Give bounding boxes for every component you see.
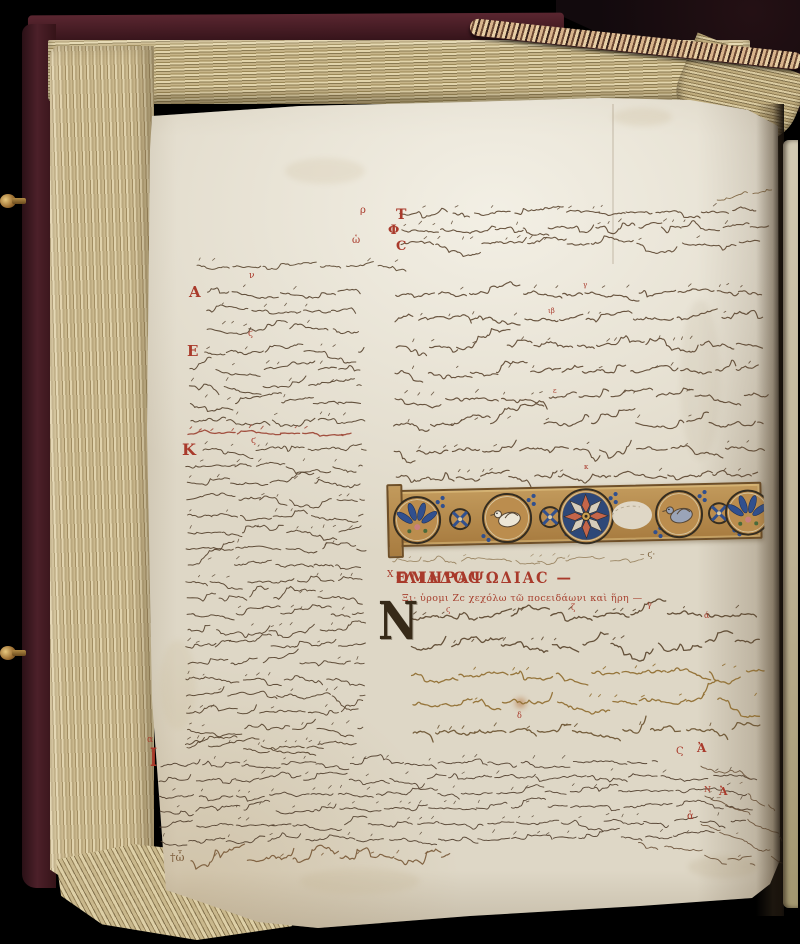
rubric-mark: – ϛ·: [640, 551, 655, 560]
script-block-main-text-opening: [400, 203, 769, 256]
script-block-main-text-paragraph: [394, 282, 769, 487]
script-block-faded-heading-line: [393, 553, 644, 564]
rubric-mark: Φ: [388, 224, 399, 237]
opening-initial: Ν: [378, 596, 418, 649]
rubric-mark: Ε: [187, 344, 198, 359]
book-hypothesis-line: Ξι· ὑρομι Ζϲ χεχόλω τῶ ποϲειδάωνι καὶ ἥρ…: [402, 593, 732, 604]
rubric-mark: ϛ: [248, 330, 253, 339]
script-block-scholium-epsilon: [189, 344, 364, 426]
rubric-mark: ϛ: [251, 437, 256, 446]
rubric-mark: γ: [583, 282, 587, 289]
script-block-lower-scholia-block: [159, 754, 757, 846]
rubric-mark: Ι: [150, 746, 157, 772]
script-block-margin-tail-4: [638, 835, 757, 870]
rubric-mark: ἁ: [687, 812, 694, 822]
rubric-mark: ὡ: [352, 236, 360, 246]
rubric-mark: ϛ: [446, 606, 450, 614]
rubric-mark: Χ: [387, 571, 393, 580]
rubric-mark: Κ: [182, 442, 196, 458]
title-part-rhapsody: ΟΜΗΡΑΨΩΔΙΑϹ —: [396, 569, 573, 587]
rubric-mark: Ν: [704, 786, 711, 794]
rubric-mark: γ: [647, 601, 652, 609]
page-gutter-shadow: [756, 104, 784, 916]
rubric-mark: δ: [517, 712, 522, 720]
rubric-mark: Ϲ: [396, 240, 406, 253]
script-block-red-divider: [188, 425, 351, 437]
script-block-scholia-fragment-line: [197, 258, 406, 271]
handwritten-text-layer: [0, 0, 800, 944]
rubric-mark: κ: [584, 464, 588, 471]
rubric-mark: Τ: [396, 208, 406, 222]
rubric-mark: Ἀ: [697, 742, 706, 754]
script-block-scholium-alpha: [207, 285, 360, 335]
rubric-mark: ιβ: [548, 308, 555, 315]
headpiece-medallions: [389, 484, 764, 549]
script-block-cursive-note: [191, 844, 450, 869]
facing-page-edge: [783, 140, 798, 908]
rubric-mark: Ϛ: [676, 747, 684, 757]
rubric-mark: †ὦ: [170, 852, 184, 863]
rubric-mark: ν: [249, 272, 254, 281]
manuscript-photo: ΙΛΙΑΔΟϹ Ξ ΟΜΗΡΑΨΩΔΙΑϹ — Ξι· ὑρομι Ζϲ χεχ…: [0, 0, 800, 944]
rubric-mark: Ἀ: [719, 786, 728, 797]
script-block-iliad-verses: [411, 599, 764, 742]
headpiece-ornament: [387, 482, 762, 547]
script-block-scholium-kappa: [186, 442, 367, 756]
rubric-mark: ρ: [360, 206, 366, 216]
rubric-mark: Α: [189, 285, 201, 300]
rubric-mark: ε: [553, 388, 557, 395]
rubric-mark: ζ: [571, 604, 575, 612]
rubric-mark: ά: [704, 612, 709, 620]
